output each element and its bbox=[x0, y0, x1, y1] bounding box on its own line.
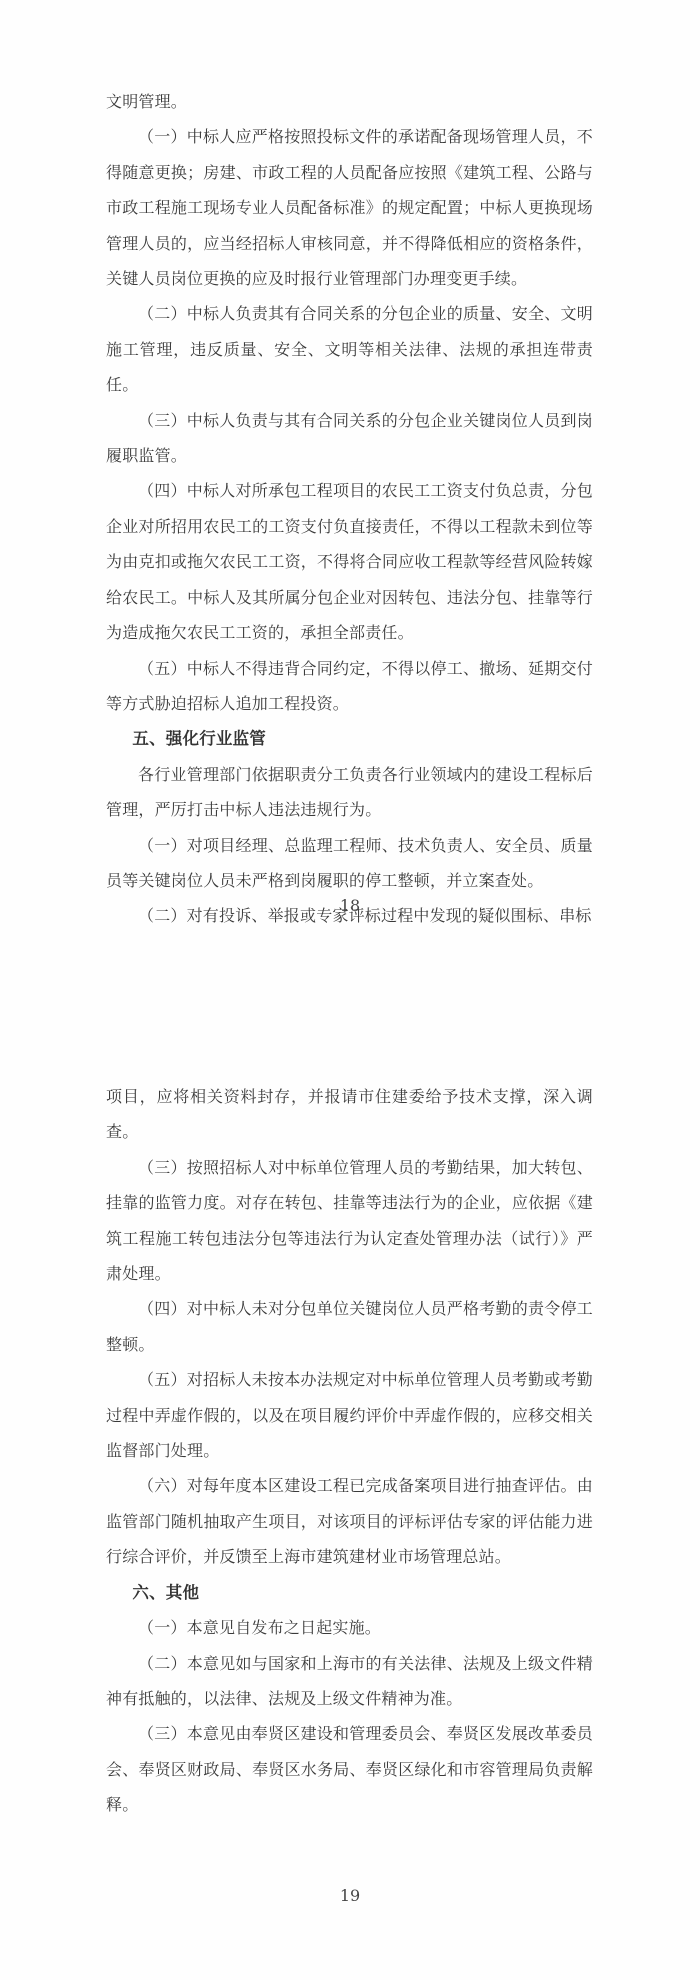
page-number: 18 bbox=[0, 896, 700, 915]
paragraph: （二）中标人负责其有合同关系的分包企业的质量、安全、文明施工管理，违反质量、安全… bbox=[106, 297, 593, 403]
paragraph: （三）本意见由奉贤区建设和管理委员会、奉贤区发展改革委员会、奉贤区财政局、奉贤区… bbox=[106, 1717, 593, 1823]
paragraph: （四）对中标人未对分包单位关键岗位人员严格考勤的责令停工整顿。 bbox=[106, 1292, 593, 1363]
paragraph: 各行业管理部门依据职责分工负责各行业领域内的建设工程标后管理，严厉打击中标人违法… bbox=[106, 758, 593, 829]
paragraph: （四）中标人对所承包工程项目的农民工工资支付负总责，分包企业对所招用农民工的工资… bbox=[106, 474, 593, 651]
section-heading: 五、强化行业监管 bbox=[106, 722, 593, 757]
paragraph: 项目，应将相关资料封存，并报请市住建委给予技术支撑，深入调查。 bbox=[106, 1080, 593, 1151]
page-1: 文明管理。 （一）中标人应严格按照投标文件的承诺配备现场管理人员，不得随意更换；… bbox=[0, 0, 700, 990]
paragraph: （五）对招标人未按本办法规定对中标单位管理人员考勤或考勤过程中弄虚作假的，以及在… bbox=[106, 1363, 593, 1469]
paragraph: （三）按照招标人对中标单位管理人员的考勤结果，加大转包、挂靠的监管力度。对存在转… bbox=[106, 1151, 593, 1293]
paragraph: （六）对每年度本区建设工程已完成备案项目进行抽查评估。由监管部门随机抽取产生项目… bbox=[106, 1469, 593, 1575]
paragraph: （一）中标人应严格按照投标文件的承诺配备现场管理人员，不得随意更换；房建、市政工… bbox=[106, 120, 593, 297]
paragraph: 文明管理。 bbox=[106, 85, 593, 120]
paragraph: （二）本意见如与国家和上海市的有关法律、法规及上级文件精神有抵触的，以法律、法规… bbox=[106, 1647, 593, 1718]
page-2: 项目，应将相关资料封存，并报请市住建委给予技术支撑，深入调查。 （三）按照招标人… bbox=[0, 990, 700, 1980]
section-heading: 六、其他 bbox=[106, 1576, 593, 1611]
page-number: 19 bbox=[0, 1886, 700, 1905]
paragraph: （一）本意见自发布之日起实施。 bbox=[106, 1611, 593, 1646]
document-canvas: 文明管理。 （一）中标人应严格按照投标文件的承诺配备现场管理人员，不得随意更换；… bbox=[0, 0, 700, 1980]
paragraph: （一）对项目经理、总监理工程师、技术负责人、安全员、质量员等关键岗位人员未严格到… bbox=[106, 829, 593, 900]
paragraph: （五）中标人不得违背合同约定，不得以停工、撤场、延期交付等方式胁迫招标人追加工程… bbox=[106, 652, 593, 723]
paragraph: （三）中标人负责与其有合同关系的分包企业关键岗位人员到岗履职监管。 bbox=[106, 404, 593, 475]
